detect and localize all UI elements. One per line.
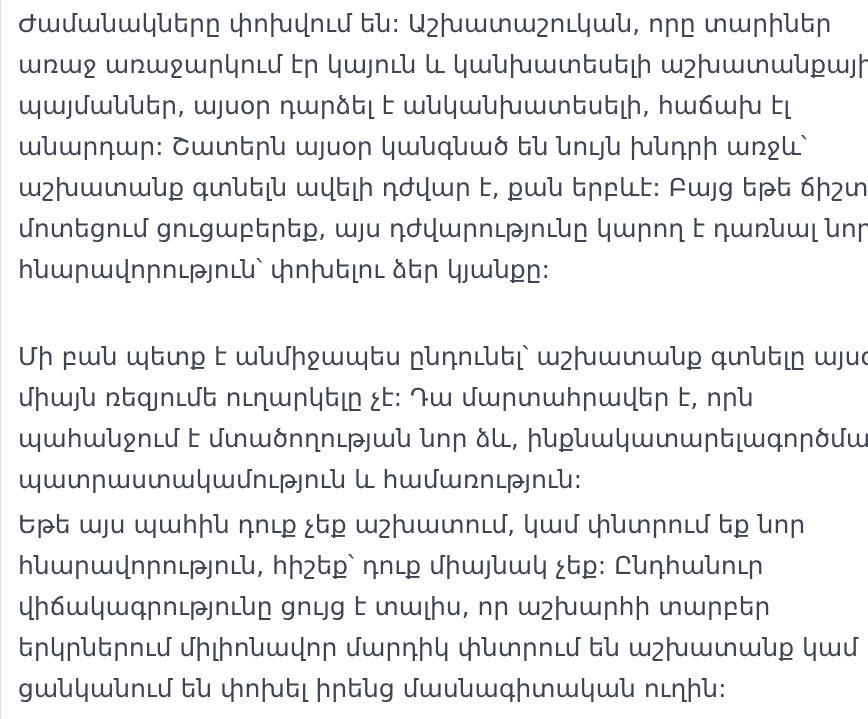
text-line: հնարավորություն՝ փոխելու ձեր կյանքը: (18, 249, 860, 290)
text-line: անարդար: Շատերն այսօր կանգնած են նույն խ… (18, 126, 860, 167)
paragraph-1: Ժամանակները փոխվում են: Աշխատաշուկան, որ… (18, 3, 860, 290)
article-page: Ժամանակները փոխվում են: Աշխատաշուկան, որ… (0, 0, 868, 719)
text-line: Եթե այս պահին դուք չեք աշխատում, կամ փնտ… (18, 504, 860, 545)
text-line: երկրներում միլիոնավոր մարդիկ փնտրում են … (18, 627, 860, 668)
text-line: առաջ առաջարկում էր կայուն և կանխատեսելի … (18, 44, 860, 85)
text-line: հնարավորություն, հիշեք՝ դուք միայնակ չեք… (18, 545, 860, 586)
text-line: պատրաստակամություն և համառություն: (18, 459, 860, 500)
text-line: մոտեցում ցուցաբերեք, այս դժվարությունը կ… (18, 208, 860, 249)
text-line: միայն ռեզյումե ուղարկելը չէ: Դա մարտահրա… (18, 377, 860, 418)
text-line: ցանկանում են փոխել իրենց մասնագիտական ու… (18, 668, 860, 709)
text-line: Ժամանակները փոխվում են: Աշխատաշուկան, որ… (18, 3, 860, 44)
text-line: պահանջում է մտածողության նոր ձև, ինքնակա… (18, 418, 860, 459)
text-line: պայմաններ, այսօր դարձել է անկանխատեսելի,… (18, 85, 860, 126)
text-line: Մի բան պետք է անմիջապես ընդունել՝ աշխատա… (18, 336, 860, 377)
paragraph-2: Մի բան պետք է անմիջապես ընդունել՝ աշխատա… (18, 336, 860, 500)
paragraph-3: Եթե այս պահին դուք չեք աշխատում, կամ փնտ… (18, 504, 860, 709)
text-line: աշխատանք գտնելն ավելի դժվար է, քան երբևէ… (18, 167, 860, 208)
text-line: վիճակագրությունը ցույց է տալիս, որ աշխար… (18, 586, 860, 627)
